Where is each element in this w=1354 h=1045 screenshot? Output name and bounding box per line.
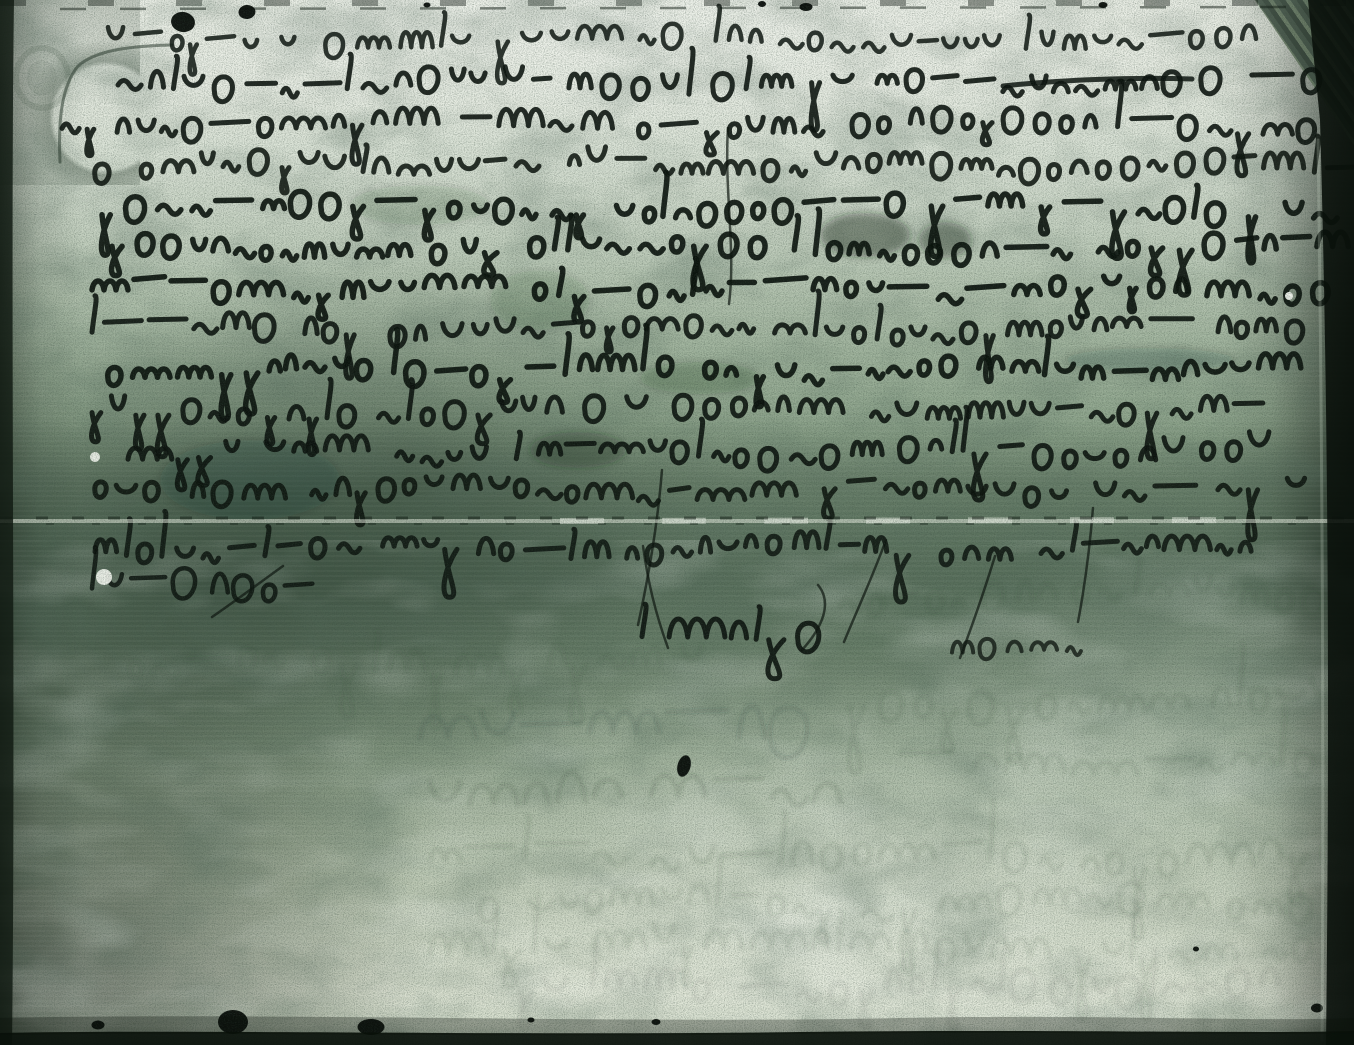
ghost-line <box>840 558 1324 616</box>
paper-mottle <box>0 0 1354 1045</box>
ink-blot <box>169 10 196 34</box>
signature <box>642 604 819 679</box>
pen-flourishes <box>212 128 1093 658</box>
handwritten-line <box>101 172 1337 263</box>
handwritten-line <box>95 136 1354 193</box>
ink-smudges <box>160 185 1235 520</box>
seal-mark <box>16 48 68 108</box>
smudge <box>530 432 626 468</box>
paper-hole <box>96 569 112 585</box>
ink-blot <box>528 1018 535 1023</box>
photo-background <box>0 0 1354 1045</box>
smudge <box>1065 348 1235 372</box>
smudge <box>820 213 910 257</box>
strikethrough-mark <box>1003 78 1192 86</box>
flourish-stroke <box>844 540 886 642</box>
flourish-stroke <box>802 585 825 650</box>
ghost-line <box>430 896 1311 1020</box>
ink-blot <box>1311 1004 1323 1013</box>
smudge <box>350 185 490 225</box>
ghost-line <box>849 644 1337 774</box>
fold-crease <box>0 518 1354 524</box>
ink-blot <box>1193 947 1199 952</box>
paper-corner-outline <box>60 45 172 162</box>
wood-grain-corner <box>1236 0 1354 158</box>
handwritten-line <box>92 379 1263 459</box>
paper-holes <box>90 292 1293 585</box>
ink-blot <box>758 1 766 7</box>
handwriting-layer <box>62 6 1354 602</box>
photo-top-edge <box>0 0 1354 6</box>
ghost-line <box>480 856 1311 974</box>
handwritten-line <box>118 48 1320 130</box>
handwritten-line <box>92 547 312 601</box>
handwritten-line <box>108 325 1301 419</box>
handwritten-line <box>92 291 1303 382</box>
handwritten-line <box>92 259 1328 322</box>
manuscript-art-layer <box>0 0 1354 1045</box>
ghost-line <box>130 631 702 728</box>
photo-edge-right-rim <box>1318 140 1323 1040</box>
flourish-stroke <box>638 470 662 625</box>
photo-edge-bottom-shadow <box>0 1016 1354 1035</box>
ink-blot <box>1099 2 1108 8</box>
paper-corner-shadow <box>0 0 140 185</box>
flourish-stroke <box>960 556 995 658</box>
ghost-line <box>430 772 841 806</box>
paper-hole <box>1285 292 1293 300</box>
ghost-line <box>430 800 1344 939</box>
ghost-line <box>420 706 807 758</box>
ink-blots <box>92 1 1324 1035</box>
signature <box>952 639 1081 659</box>
photo-edge-bottom <box>0 1031 1354 1045</box>
ink-blot <box>675 754 693 779</box>
smudge <box>490 270 590 330</box>
paper-light-patches <box>0 540 1354 1045</box>
handwritten-line <box>95 511 1251 602</box>
photo-edge-left <box>0 0 14 1045</box>
signatures <box>642 604 1081 679</box>
photo-grain <box>0 0 1354 1045</box>
handwritten-line <box>128 407 1269 500</box>
ghost-line <box>900 705 1354 776</box>
ink-blot <box>800 3 813 11</box>
handwritten-line <box>95 475 1305 540</box>
edge-vignette <box>0 0 1354 1045</box>
ink-blot <box>652 1019 661 1025</box>
ghost-line <box>519 937 1278 1032</box>
handwritten-line <box>108 6 1256 83</box>
paper-top-edge <box>60 7 1290 9</box>
flourish-stroke <box>1078 508 1093 622</box>
manuscript-svg <box>0 0 1354 1045</box>
flourish-stroke <box>212 566 283 617</box>
smudge <box>160 440 340 520</box>
paper-hole <box>90 452 100 462</box>
handwritten-line <box>62 82 1315 176</box>
ink-blot <box>358 1019 385 1035</box>
manuscript-photo <box>0 0 1354 1045</box>
ink-blot <box>238 4 256 20</box>
ink-blot <box>92 1021 105 1030</box>
ink-blot <box>218 1010 248 1034</box>
flourish-stroke <box>727 128 731 304</box>
paper-stains <box>0 0 1354 1045</box>
ink-blot <box>424 3 431 8</box>
paper-fibre-texture <box>0 0 1354 1045</box>
flourish-stroke <box>643 546 668 648</box>
smudge <box>919 222 971 258</box>
smudge <box>640 362 760 394</box>
handwritten-line <box>112 209 1349 295</box>
ghost-writing <box>130 558 1354 1032</box>
photo-edge-right <box>1308 0 1354 1045</box>
